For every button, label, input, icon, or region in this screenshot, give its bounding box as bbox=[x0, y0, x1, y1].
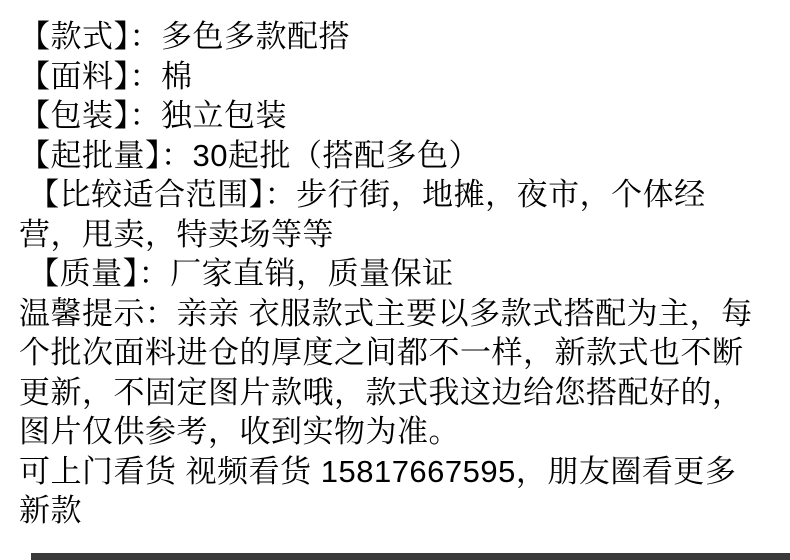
description-line: 可上门看货 视频看货 15817667595，朋友圈看更多 bbox=[19, 452, 772, 492]
description-line: 【款式】：多色多款配搭 bbox=[19, 17, 772, 57]
description-line: 【包装】：独立包装 bbox=[19, 96, 772, 136]
description-line: 营，甩卖，特卖场等等 bbox=[19, 215, 772, 255]
description-line: 【起批量】：30起批（搭配多色） bbox=[19, 136, 772, 176]
description-line: 【面料】：棉 bbox=[19, 57, 772, 97]
bottom-bar bbox=[31, 553, 790, 560]
description-line: 【质量】：厂家直销，质量保证 bbox=[19, 254, 772, 294]
description-line: 【比较适合范围】：步行街，地摊，夜市，个体经 bbox=[19, 175, 772, 215]
description-line: 图片仅供参考，收到实物为准。 bbox=[19, 412, 772, 452]
description-line: 更新，不固定图片款哦，款式我这边给您搭配好的， bbox=[19, 373, 772, 413]
description-line: 个批次面料进仓的厚度之间都不一样，新款式也不断 bbox=[19, 333, 772, 373]
description-line: 温馨提示：亲亲 衣服款式主要以多款式搭配为主，每 bbox=[19, 294, 772, 334]
description-line: 新款 bbox=[19, 491, 772, 531]
product-description: 【款式】：多色多款配搭【面料】：棉【包装】：独立包装【起批量】：30起批（搭配多… bbox=[0, 0, 790, 531]
